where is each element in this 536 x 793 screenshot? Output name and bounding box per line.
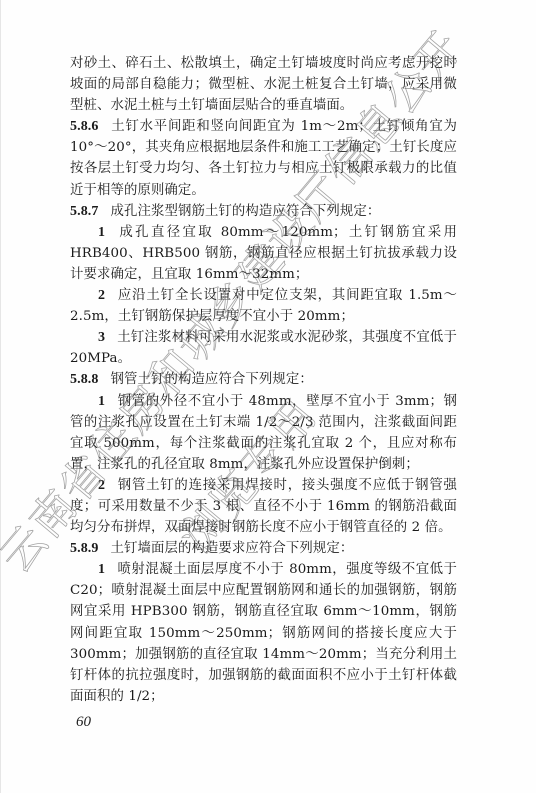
page-number: 60 — [76, 714, 91, 731]
paragraph-text: 对砂土、碎石土、松散填土，确定土钉墙坡度时尚应考虑开挖时坡面的局部自稳能力；微型… — [70, 56, 457, 113]
item-number: 1 — [98, 225, 105, 240]
clause-5-8-9: 5.8.9土钉墙面层的构造要求应符合下列规定： — [70, 538, 457, 559]
clause-item: 2应沿土钉全长设置对中定位支架，其间距宜取 1.5m～2.5m，土钉钢筋保护层厚… — [70, 285, 457, 327]
clause-text: 土钉墙面层的构造要求应符合下列规定： — [111, 541, 354, 556]
clause-number: 5.8.6 — [70, 119, 99, 134]
item-number: 2 — [98, 288, 105, 303]
item-text: 成孔直径宜取 80mm～120mm；土钉钢筋宜采用 HRB400、HRB500 … — [70, 225, 457, 282]
clause-item: 2钢管土钉的连接采用焊接时，接头强度不应低于钢管强度；可采用数量不少于 3 根、… — [70, 475, 457, 538]
item-text: 喷射混凝土面层厚度不小于 80mm，强度等级不宜低于 C20；喷射混凝土面层中应… — [70, 562, 457, 704]
item-number: 1 — [98, 562, 105, 577]
item-text: 钢管的外径不宜小于 48mm，壁厚不宜小于 3mm；钢管的注浆孔应设置在土钉末端… — [70, 394, 457, 472]
clause-5-8-6: 5.8.6土钉水平间距和竖向间距宜为 1m～2m；土钉倾角宜为 10°～20°，… — [70, 116, 457, 200]
clause-5-8-8: 5.8.8钢管土钉的构造应符合下列规定： — [70, 369, 457, 390]
item-text: 应沿土钉全长设置对中定位支架，其间距宜取 1.5m～2.5m，土钉钢筋保护层厚度… — [70, 288, 457, 324]
clause-5-8-7: 5.8.7成孔注浆型钢筋土钉的构造应符合下列规定： — [70, 201, 457, 222]
item-number: 3 — [98, 330, 105, 345]
clause-item: 1喷射混凝土面层厚度不小于 80mm，强度等级不宜低于 C20；喷射混凝土面层中… — [70, 559, 457, 707]
clause-item: 3土钉注浆材料可采用水泥浆或水泥砂浆，其强度不宜低于 20MPa。 — [70, 327, 457, 369]
clause-text: 钢管土钉的构造应符合下列规定： — [111, 372, 313, 387]
clause-item: 1钢管的外径不宜小于 48mm，壁厚不宜小于 3mm；钢管的注浆孔应设置在土钉末… — [70, 391, 457, 475]
item-number: 2 — [98, 478, 105, 493]
continuation-paragraph: 对砂土、碎石土、松散填土，确定土钉墙坡度时尚应考虑开挖时坡面的局部自稳能力；微型… — [70, 53, 457, 116]
clause-text: 成孔注浆型钢筋土钉的构造应符合下列规定： — [111, 204, 381, 219]
clause-number: 5.8.7 — [70, 204, 99, 219]
clause-text: 土钉水平间距和竖向间距宜为 1m～2m；土钉倾角宜为 10°～20°，其夹角应根… — [70, 119, 457, 197]
document-page: 对砂土、碎石土、松散填土，确定土钉墙坡度时尚应考虑开挖时坡面的局部自稳能力；微型… — [0, 0, 536, 793]
clause-item: 1成孔直径宜取 80mm～120mm；土钉钢筋宜采用 HRB400、HRB500… — [70, 222, 457, 285]
clause-number: 5.8.9 — [70, 541, 99, 556]
item-number: 1 — [98, 394, 105, 409]
clause-number: 5.8.8 — [70, 372, 99, 387]
item-text: 土钉注浆材料可采用水泥浆或水泥砂浆，其强度不宜低于 20MPa。 — [70, 330, 457, 366]
page-body: 对砂土、碎石土、松散填土，确定土钉墙坡度时尚应考虑开挖时坡面的局部自稳能力；微型… — [70, 53, 457, 707]
item-text: 钢管土钉的连接采用焊接时，接头强度不应低于钢管强度；可采用数量不少于 3 根、直… — [70, 478, 457, 535]
